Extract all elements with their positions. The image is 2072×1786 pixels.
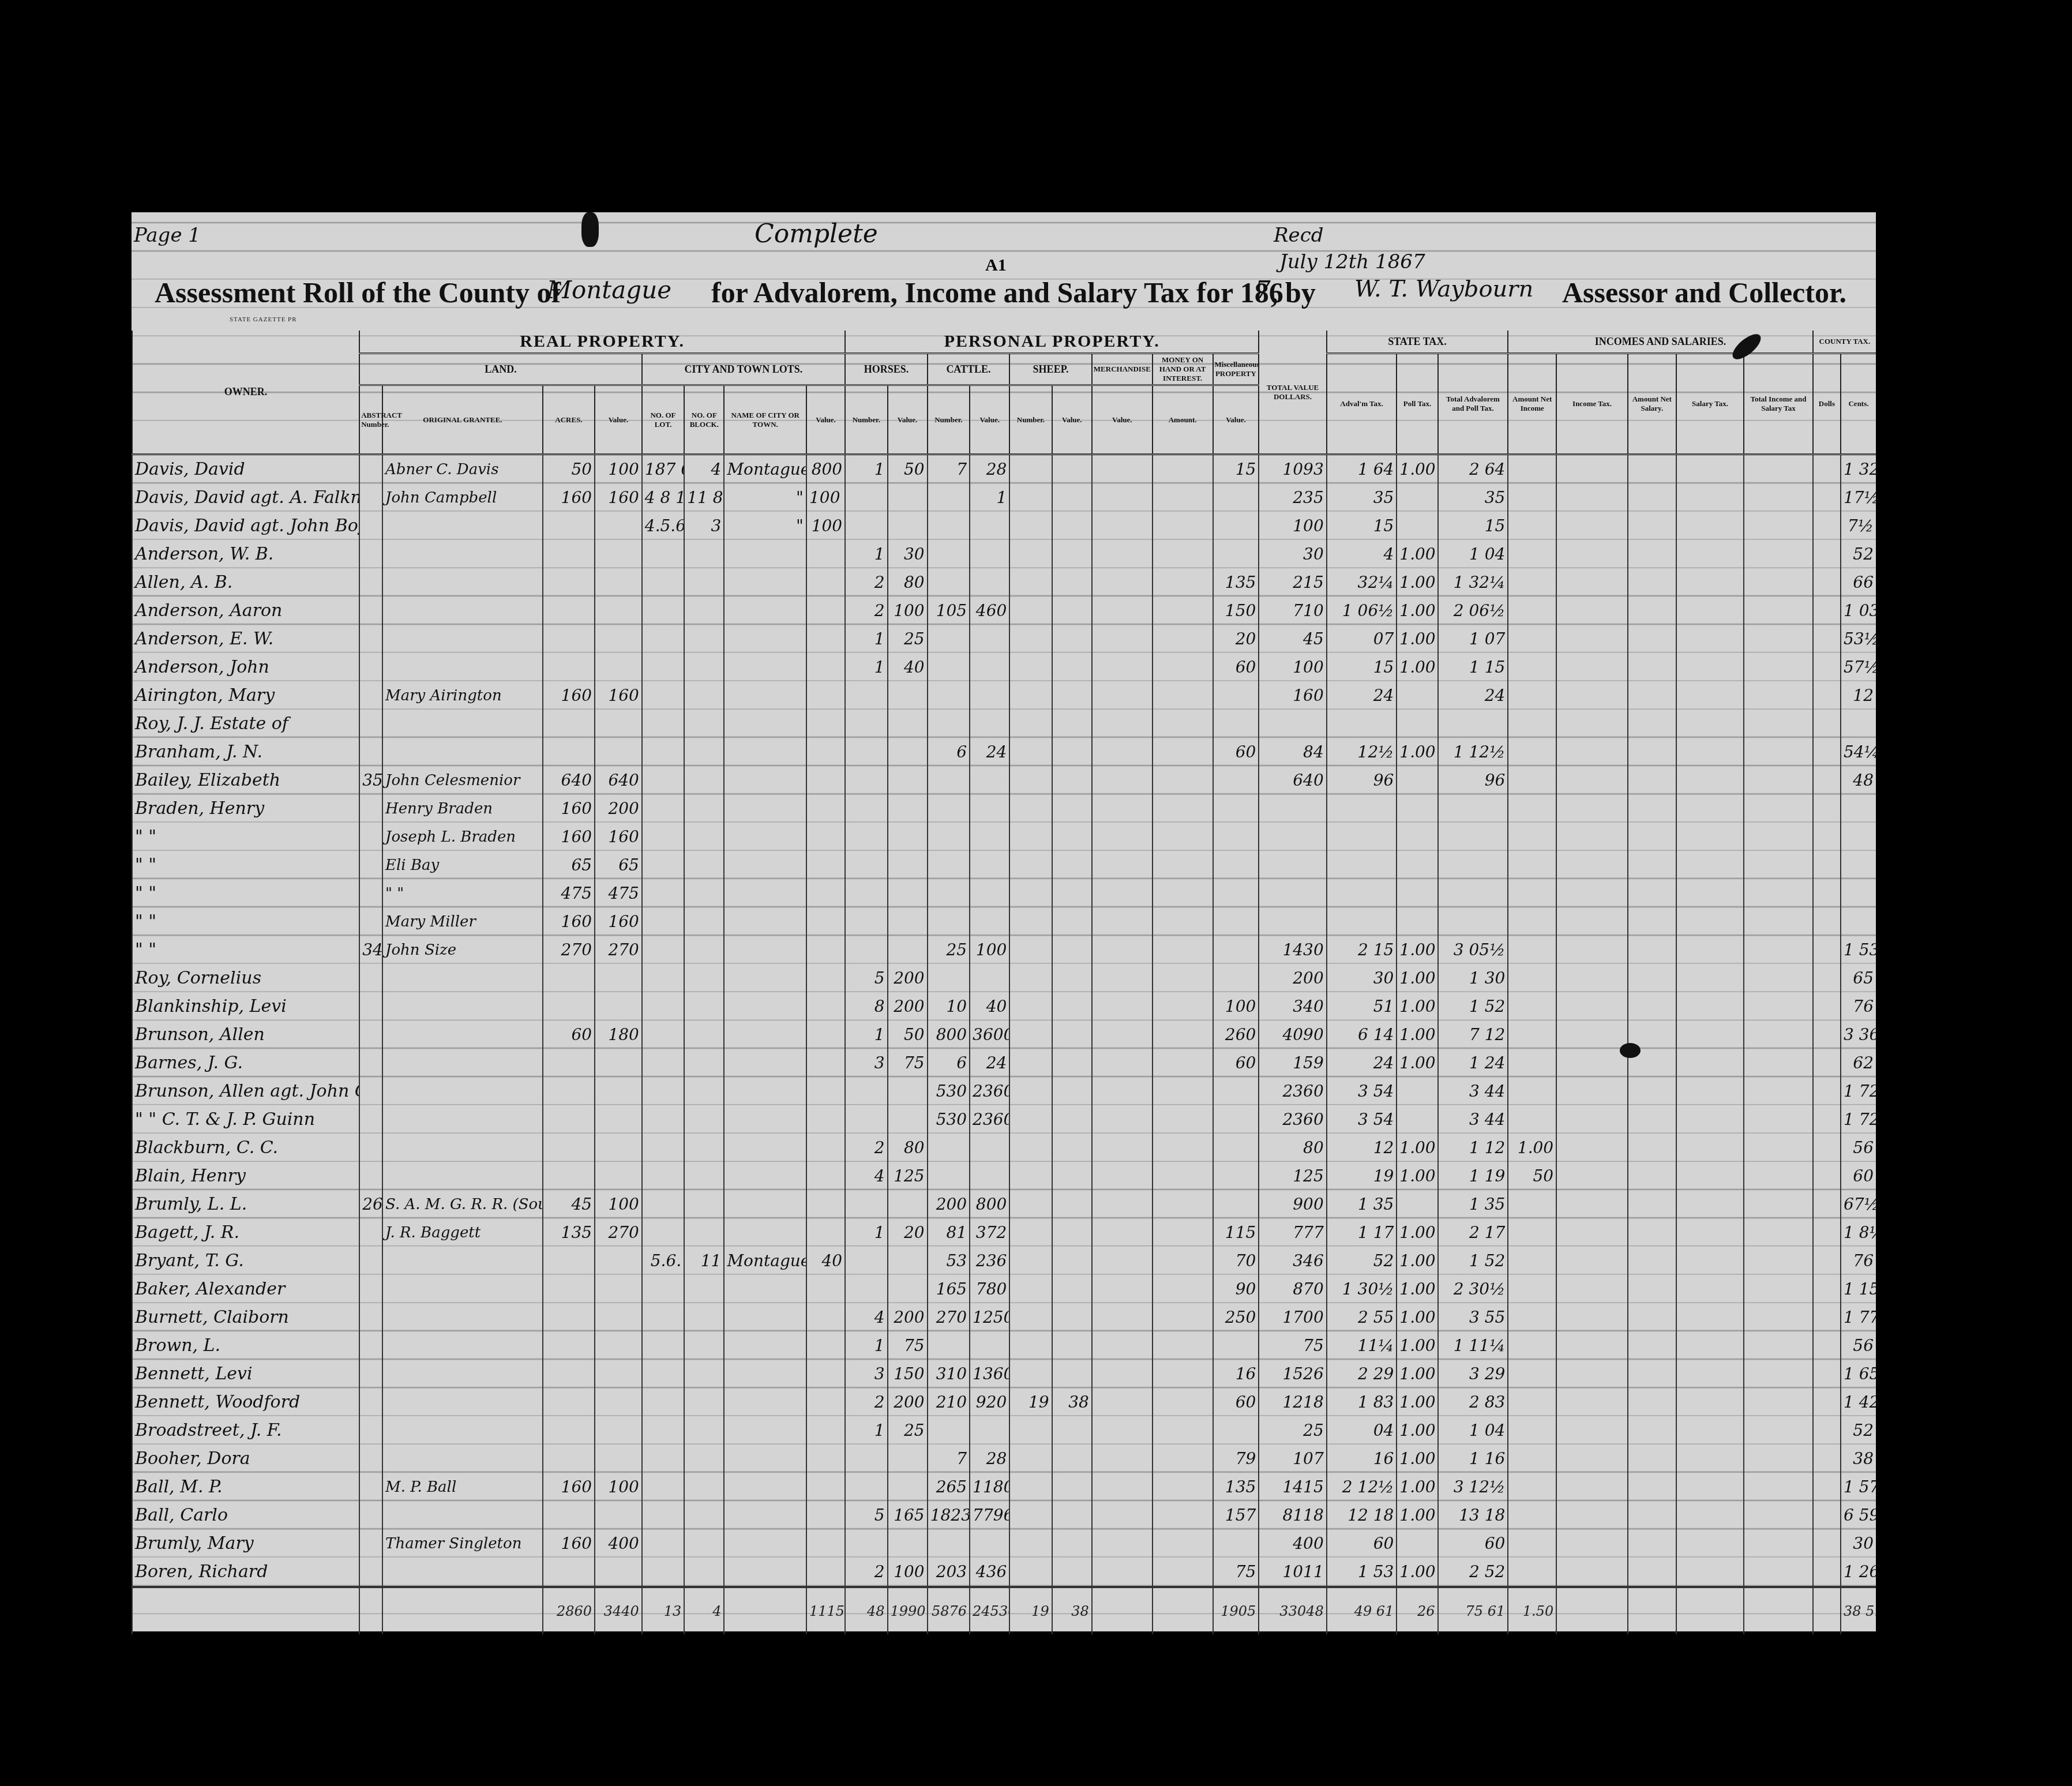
col-owner: OWNER. <box>132 331 359 455</box>
cell-adv: 12 <box>1327 1134 1397 1162</box>
cell-h-num: 2 <box>845 1134 887 1162</box>
cell-c-val <box>970 907 1009 936</box>
cell-poll <box>1397 794 1437 823</box>
cell-land-value <box>595 1105 642 1134</box>
cell-net-salary <box>1628 1303 1676 1331</box>
cell-salary-tax <box>1676 964 1744 992</box>
cell-acres <box>543 1360 595 1388</box>
cell-merch <box>1092 1190 1153 1218</box>
cell-adv <box>1327 851 1397 879</box>
cell-county-c: 57½ <box>1841 653 1876 681</box>
cell-merch <box>1092 1247 1153 1275</box>
cell-tot-inc-sal <box>1744 1331 1813 1360</box>
cell-land-value: 160 <box>595 823 642 851</box>
cell-city <box>724 653 806 681</box>
cell-c-num: 210 <box>928 1388 970 1416</box>
cell-poll: 1.00 <box>1397 1473 1437 1501</box>
cell-abstract: 340 <box>359 936 382 964</box>
cell-misc: 20 <box>1213 625 1259 653</box>
cell-lot-value <box>806 710 845 738</box>
cell-lot <box>642 1331 684 1360</box>
cell-county-d <box>1813 1247 1841 1275</box>
cell-county-c: 1 8½ <box>1841 1218 1876 1247</box>
cell-adv: 15 <box>1327 653 1397 681</box>
cell-total: 235 <box>1259 483 1326 512</box>
cell-merch <box>1092 1416 1153 1444</box>
cell-adv: 15 <box>1327 512 1397 540</box>
cell-h-num: 1 <box>845 1416 887 1444</box>
cell-merch <box>1092 1360 1153 1388</box>
cell-total: 1526 <box>1259 1360 1326 1388</box>
cell-net-salary <box>1628 1388 1676 1416</box>
cell-abstract <box>359 1360 382 1388</box>
cell-income-tax <box>1556 1049 1628 1077</box>
cell-owner: Braden, Henry <box>132 794 359 823</box>
cell-grantee: Thamer Singleton <box>382 1529 543 1558</box>
cell-adv <box>1327 907 1397 936</box>
table-row: Baker, Alexander165780908701 30½1.002 30… <box>132 1275 1876 1303</box>
document-title: Assessment Roll of the County of Montagu… <box>132 276 1876 322</box>
cell-s-val <box>1052 851 1092 879</box>
cell-block <box>684 681 724 710</box>
cell-poll: 1.00 <box>1397 1020 1437 1049</box>
cell-lot-value <box>806 738 845 766</box>
cell-c-val: 24 <box>970 1049 1009 1077</box>
cell-c-num: 165 <box>928 1275 970 1303</box>
cell-city <box>724 596 806 625</box>
cell-tot-inc-sal <box>1744 851 1813 879</box>
cell-land-value <box>595 1077 642 1105</box>
cell-county-c <box>1841 710 1876 738</box>
cell-owner: Davis, David agt. John Boyles <box>132 512 359 540</box>
cell-county-c: 53½ <box>1841 625 1876 653</box>
cell-land-value: 160 <box>595 483 642 512</box>
cell-net-income <box>1508 1303 1556 1331</box>
cell-total: 100 <box>1259 653 1326 681</box>
cell-county-d <box>1813 681 1841 710</box>
cell-total: 1415 <box>1259 1473 1326 1501</box>
cell-acres <box>543 540 595 568</box>
cell-income-tax <box>1556 1275 1628 1303</box>
cell-h-num: 2 <box>845 1558 887 1587</box>
cell-h-num <box>845 1529 887 1558</box>
cell-net-income <box>1508 1473 1556 1501</box>
cell-county-d <box>1813 738 1841 766</box>
cell-acres: 475 <box>543 879 595 907</box>
cell-abstract <box>359 992 382 1020</box>
cell-s-num <box>1009 992 1052 1020</box>
cell-c-num: 203 <box>928 1558 970 1587</box>
cell-adv: 07 <box>1327 625 1397 653</box>
cell-county-d <box>1813 1105 1841 1134</box>
cell-net-salary <box>1628 794 1676 823</box>
assessor-name: W. T. Waybourn <box>1354 276 1533 302</box>
cell-s-num <box>1009 1275 1052 1303</box>
cell-grantee <box>382 1360 543 1388</box>
cell-s-num <box>1009 710 1052 738</box>
cell-h-val: 75 <box>888 1049 928 1077</box>
cell-net-income <box>1508 992 1556 1020</box>
cell-land-value <box>595 1444 642 1473</box>
cell-s-val <box>1052 1247 1092 1275</box>
cell-abstract <box>359 1162 382 1190</box>
cell-total <box>1259 794 1326 823</box>
cell-block <box>684 1331 724 1360</box>
cell-income-tax <box>1556 1162 1628 1190</box>
cell-s-num <box>1009 512 1052 540</box>
cell-c-val: 1180 <box>970 1473 1009 1501</box>
cell-grantee: M. P. Ball <box>382 1473 543 1501</box>
cell-h-val: 30 <box>888 540 928 568</box>
cell-h-val: 125 <box>888 1162 928 1190</box>
cell-poll: 1.00 <box>1397 1049 1437 1077</box>
cell-city <box>724 625 806 653</box>
cell-total: 2360 <box>1259 1105 1326 1134</box>
cell-s-val <box>1052 710 1092 738</box>
cell-land-value <box>595 1303 642 1331</box>
cell-merch <box>1092 1558 1153 1587</box>
cell-lot <box>642 766 684 794</box>
cell-tot-tax: 1 04 <box>1438 1416 1508 1444</box>
cell-lot-value <box>806 1105 845 1134</box>
cell-salary-tax <box>1676 1360 1744 1388</box>
cell-h-num: 2 <box>845 596 887 625</box>
cell-total <box>1259 879 1326 907</box>
cell-s-val <box>1052 1360 1092 1388</box>
cell-lot <box>642 1105 684 1134</box>
cell-tot-inc-sal <box>1744 738 1813 766</box>
cell-county-c: 62 <box>1841 1049 1876 1077</box>
cell-merch <box>1092 1388 1153 1416</box>
cell-net-salary <box>1628 1134 1676 1162</box>
cell-s-val <box>1052 1416 1092 1444</box>
table-row: Blankinship, Levi82001040100340511.001 5… <box>132 992 1876 1020</box>
table-row: Ball, M. P.M. P. Ball1601002651180135141… <box>132 1473 1876 1501</box>
cell-land-value: 160 <box>595 907 642 936</box>
cell-h-val <box>888 1473 928 1501</box>
cell-misc <box>1213 1331 1259 1360</box>
cell-c-val <box>970 766 1009 794</box>
cell-tot-inc-sal <box>1744 823 1813 851</box>
cell-s-num <box>1009 625 1052 653</box>
cell-c-num <box>928 681 970 710</box>
cell-lot <box>642 992 684 1020</box>
cell-merch <box>1092 936 1153 964</box>
cell-owner: Anderson, W. B. <box>132 540 359 568</box>
cell-tot-tax: 2 17 <box>1438 1218 1508 1247</box>
cell-c-val: 2360 <box>970 1105 1009 1134</box>
cell-city <box>724 1275 806 1303</box>
cell-tot-inc-sal <box>1744 1303 1813 1331</box>
cell-county-c <box>1841 851 1876 879</box>
cell-land-value <box>595 1134 642 1162</box>
cell-abstract <box>359 794 382 823</box>
cell-salary-tax <box>1676 568 1744 596</box>
cell-h-val <box>888 851 928 879</box>
table-row: Bennett, Levi315031013601615262 291.003 … <box>132 1360 1876 1388</box>
cell-lot <box>642 1388 684 1416</box>
cell-poll <box>1397 766 1437 794</box>
cell-lot-value <box>806 851 845 879</box>
cell-tot-tax: 3 29 <box>1438 1360 1508 1388</box>
cell-grantee: John Celesmenior <box>382 766 543 794</box>
cell-lot-value <box>806 540 845 568</box>
cell-owner: Ball, M. P. <box>132 1473 359 1501</box>
cell-net-salary <box>1628 1444 1676 1473</box>
cell-s-val <box>1052 936 1092 964</box>
cell-abstract: 350 <box>359 766 382 794</box>
cell-county-d <box>1813 653 1841 681</box>
cell-income-tax <box>1556 1020 1628 1049</box>
cell-s-num <box>1009 1473 1052 1501</box>
cell-poll <box>1397 1190 1437 1218</box>
cell-acres <box>543 512 595 540</box>
group-merchandise: MERCHANDISE <box>1092 354 1153 385</box>
cell-owner: Barnes, J. G. <box>132 1049 359 1077</box>
cell-money <box>1153 1388 1213 1416</box>
cell-c-num: 800 <box>928 1020 970 1049</box>
cell-grantee <box>382 653 543 681</box>
cell-h-num <box>845 710 887 738</box>
cell-acres: 65 <box>543 851 595 879</box>
cell-h-val: 25 <box>888 625 928 653</box>
cell-abstract <box>359 1077 382 1105</box>
cell-total: 84 <box>1259 738 1326 766</box>
printer-mark: STATE GAZETTE PR <box>230 316 297 323</box>
cell-grantee: Henry Braden <box>382 794 543 823</box>
cell-h-val: 200 <box>888 964 928 992</box>
cell-land-value <box>595 1388 642 1416</box>
cell-county-d <box>1813 512 1841 540</box>
cell-s-num <box>1009 1162 1052 1190</box>
cell-c-num <box>928 625 970 653</box>
cell-city <box>724 1190 806 1218</box>
cell-owner: Brumly, Mary <box>132 1529 359 1558</box>
cell-h-val <box>888 879 928 907</box>
cell-grantee <box>382 1049 543 1077</box>
cell-tot-inc-sal <box>1744 483 1813 512</box>
cell-county-d <box>1813 1275 1841 1303</box>
table-row: " "Mary Miller160160 <box>132 907 1876 936</box>
cell-c-num: 81 <box>928 1218 970 1247</box>
cell-grantee <box>382 568 543 596</box>
cell-city <box>724 1416 806 1444</box>
cell-tot-tax: 2 30½ <box>1438 1275 1508 1303</box>
cell-land-value: 400 <box>595 1529 642 1558</box>
cell-land-value: 100 <box>595 1190 642 1218</box>
cell-c-num: 105 <box>928 596 970 625</box>
cell-abstract <box>359 1134 382 1162</box>
cell-county-c <box>1841 823 1876 851</box>
cell-h-val <box>888 936 928 964</box>
cell-income-tax <box>1556 512 1628 540</box>
cell-adv: 1 06½ <box>1327 596 1397 625</box>
cell-tot-tax: 2 06½ <box>1438 596 1508 625</box>
cell-grantee: Joseph L. Braden <box>382 823 543 851</box>
table-row: Booher, Dora72879107161.001 1638 <box>132 1444 1876 1473</box>
cell-poll: 1.00 <box>1397 1388 1437 1416</box>
cell-block <box>684 1190 724 1218</box>
cell-tot-inc-sal <box>1744 907 1813 936</box>
ink-blot <box>581 212 599 247</box>
cell-county-d <box>1813 964 1841 992</box>
cell-tot-inc-sal <box>1744 992 1813 1020</box>
cell-money <box>1153 681 1213 710</box>
cell-block <box>684 992 724 1020</box>
cell-county-c: 52 <box>1841 1416 1876 1444</box>
cell-income-tax <box>1556 1303 1628 1331</box>
cell-poll <box>1397 851 1437 879</box>
cell-block: 3 <box>684 512 724 540</box>
cell-city <box>724 710 806 738</box>
cell-tot-tax: 7 12 <box>1438 1020 1508 1049</box>
sheet-mark: A1 <box>985 256 1007 275</box>
cell-abstract <box>359 483 382 512</box>
cell-acres <box>543 964 595 992</box>
cell-abstract <box>359 1444 382 1473</box>
col-cattle-value: Value. <box>970 385 1009 455</box>
cell-c-val: 236 <box>970 1247 1009 1275</box>
cell-county-d <box>1813 1162 1841 1190</box>
cell-adv: 2 29 <box>1327 1360 1397 1388</box>
cell-s-val <box>1052 1331 1092 1360</box>
cell-abstract <box>359 1388 382 1416</box>
cell-county-c: 1 72 <box>1841 1105 1876 1134</box>
cell-h-val: 80 <box>888 568 928 596</box>
cell-tot-inc-sal <box>1744 1190 1813 1218</box>
cell-total: 25 <box>1259 1416 1326 1444</box>
cell-money <box>1153 851 1213 879</box>
cell-poll <box>1397 1529 1437 1558</box>
cell-total: 160 <box>1259 681 1326 710</box>
cell-s-val <box>1052 794 1092 823</box>
cell-s-val <box>1052 540 1092 568</box>
cell-net-salary <box>1628 992 1676 1020</box>
table-row: Bagett, J. R.J. R. Baggett13527012081372… <box>132 1218 1876 1247</box>
cell-county-d <box>1813 936 1841 964</box>
cell-acres <box>543 1162 595 1190</box>
cell-lot <box>642 596 684 625</box>
cell-county-c: 3 36 <box>1841 1020 1876 1049</box>
cell-h-val: 50 <box>888 455 928 484</box>
cell-total: 33048 <box>1259 1587 1326 1634</box>
cell-block <box>684 653 724 681</box>
cell-total: 200 <box>1259 964 1326 992</box>
cell-lot: 187 65 <box>642 455 684 484</box>
cell-poll: 1.00 <box>1397 936 1437 964</box>
cell-county-d <box>1813 568 1841 596</box>
cell-acres: 160 <box>543 794 595 823</box>
cell-net-income <box>1508 1388 1556 1416</box>
cell-tot-inc-sal <box>1744 1444 1813 1473</box>
cell-total: 80 <box>1259 1134 1326 1162</box>
cell-s-val <box>1052 992 1092 1020</box>
cell-misc: 90 <box>1213 1275 1259 1303</box>
cell-net-income <box>1508 625 1556 653</box>
cell-income-tax <box>1556 625 1628 653</box>
cell-adv: 96 <box>1327 766 1397 794</box>
cell-tot-tax: 1 52 <box>1438 1247 1508 1275</box>
cell-net-salary <box>1628 1529 1676 1558</box>
cell-c-val: 40 <box>970 992 1009 1020</box>
cell-merch <box>1092 738 1153 766</box>
cell-salary-tax <box>1676 992 1744 1020</box>
cell-income-tax <box>1556 1077 1628 1105</box>
cell-adv: 3 54 <box>1327 1105 1397 1134</box>
cell-tot-inc-sal <box>1744 1360 1813 1388</box>
cell-land-value <box>595 1331 642 1360</box>
cell-h-num: 8 <box>845 992 887 1020</box>
cell-merch <box>1092 1020 1153 1049</box>
cell-tot-tax <box>1438 907 1508 936</box>
group-state-tax: STATE TAX. <box>1327 331 1508 354</box>
cell-total <box>1259 907 1326 936</box>
cell-adv <box>1327 823 1397 851</box>
cell-s-num <box>1009 1416 1052 1444</box>
cell-c-val <box>970 1529 1009 1558</box>
table-row: Bryant, T. G.5.6.11Montague4053236703465… <box>132 1247 1876 1275</box>
cell-income-tax <box>1556 540 1628 568</box>
cell-total: 1218 <box>1259 1388 1326 1416</box>
cell-merch <box>1092 596 1153 625</box>
cell-grantee <box>382 710 543 738</box>
cell-c-val <box>970 540 1009 568</box>
cell-salary-tax <box>1676 1105 1744 1134</box>
cell-lot <box>642 1020 684 1049</box>
cell-money <box>1153 1444 1213 1473</box>
cell-tot-inc-sal <box>1744 1020 1813 1049</box>
cell-net-salary <box>1628 568 1676 596</box>
cell-net-salary <box>1628 1190 1676 1218</box>
cell-grantee <box>382 1275 543 1303</box>
cell-land-value <box>595 568 642 596</box>
cell-net-salary <box>1628 483 1676 512</box>
cell-owner: Blackburn, C. C. <box>132 1134 359 1162</box>
cell-abstract <box>359 1275 382 1303</box>
cell-block <box>684 794 724 823</box>
cell-s-num <box>1009 738 1052 766</box>
cell-s-val <box>1052 596 1092 625</box>
col-dolls: Dolls <box>1813 354 1841 455</box>
cell-tot-inc-sal <box>1744 1501 1813 1529</box>
cell-h-val: 20 <box>888 1218 928 1247</box>
cell-lot-value: 100 <box>806 512 845 540</box>
cell-acres: 45 <box>543 1190 595 1218</box>
table-row: Blain, Henry4125125191.001 195060 <box>132 1162 1876 1190</box>
cell-c-num <box>928 1134 970 1162</box>
cell-county-c <box>1841 794 1876 823</box>
cell-block <box>684 1275 724 1303</box>
cell-misc <box>1213 964 1259 992</box>
cell-county-d <box>1813 1558 1841 1587</box>
cell-poll: 1.00 <box>1397 1558 1437 1587</box>
cell-county-d <box>1813 823 1841 851</box>
table-row: " "340John Size2702702510014302 151.003 … <box>132 936 1876 964</box>
cell-adv: 52 <box>1327 1247 1397 1275</box>
cell-s-num <box>1009 823 1052 851</box>
cell-land-value <box>595 625 642 653</box>
cell-net-salary <box>1628 879 1676 907</box>
table-row: Brown, L.1757511¼1.001 11¼56 <box>132 1331 1876 1360</box>
cell-owner: Bagett, J. R. <box>132 1218 359 1247</box>
cell-misc: 150 <box>1213 596 1259 625</box>
cell-block <box>684 1105 724 1134</box>
title-suffix: Assessor and Collector. <box>1562 276 1846 309</box>
cell-income-tax <box>1556 964 1628 992</box>
cell-tot-tax: 13 18 <box>1438 1501 1508 1529</box>
cell-s-num <box>1009 766 1052 794</box>
cell-c-val <box>970 568 1009 596</box>
